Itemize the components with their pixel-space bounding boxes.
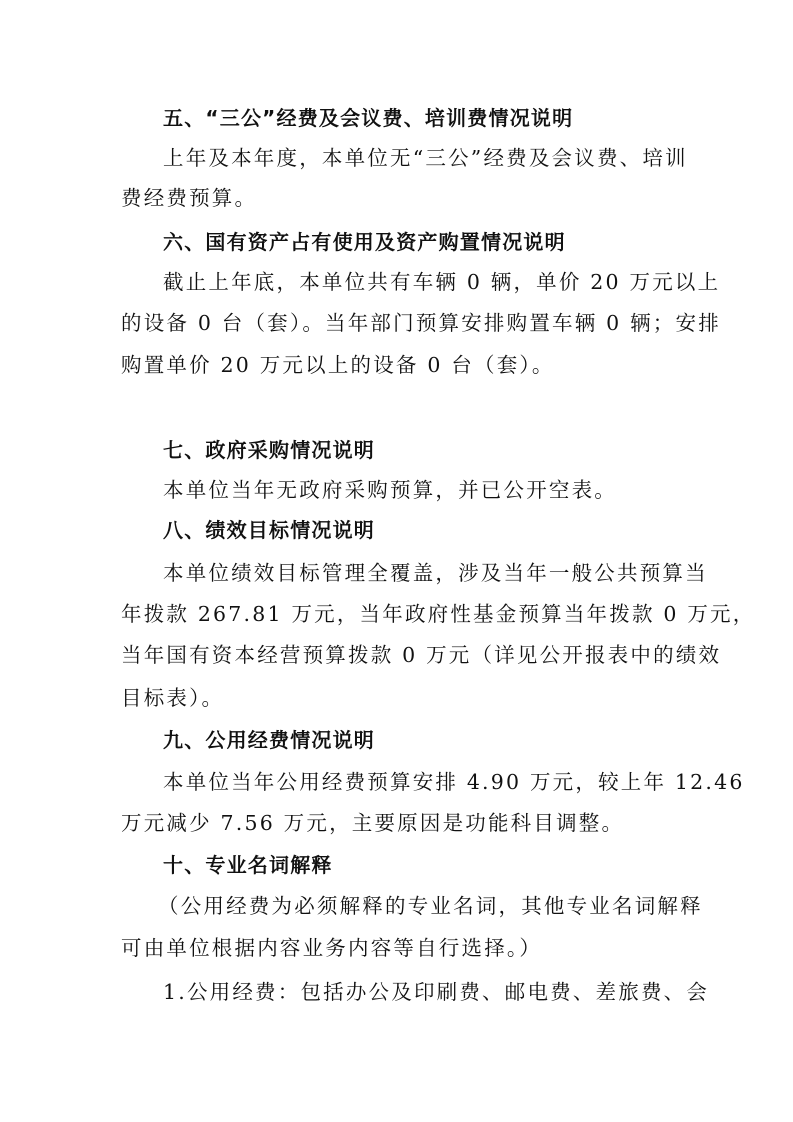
paragraph-line: 本单位绩效目标管理全覆盖，涉及当年一般公共预算当	[163, 559, 723, 587]
paragraph-line: 年拨款 267.81 万元，当年政府性基金预算当年拨款 0 万元，	[121, 600, 681, 628]
paragraph-line: 的设备 0 台（套）。当年部门预算安排购置车辆 0 辆；安排	[121, 309, 681, 337]
section-heading-9: 九、公用经费情况说明	[163, 726, 723, 754]
paragraph-line: 目标表）。	[121, 684, 681, 712]
document-page: 五、“三公”经费及会议费、培训费情况说明 上年及本年度，本单位无“三公”经费及会…	[0, 0, 793, 1122]
section-heading-5: 五、“三公”经费及会议费、培训费情况说明	[163, 104, 723, 132]
section-heading-8: 八、绩效目标情况说明	[163, 516, 723, 544]
paragraph-line: 购置单价 20 万元以上的设备 0 台（套）。	[121, 351, 681, 379]
section-heading-10: 十、专业名词解释	[163, 851, 723, 879]
section-heading-7: 七、政府采购情况说明	[163, 436, 723, 464]
paragraph-line: 本单位当年公用经费预算安排 4.90 万元，较上年 12.46	[163, 768, 723, 796]
paragraph-line: 本单位当年无政府采购预算，并已公开空表。	[163, 476, 723, 504]
paragraph-line: （公用经费为必须解释的专业名词，其他专业名词解释	[158, 892, 718, 920]
section-heading-6: 六、国有资产占有使用及资产购置情况说明	[163, 228, 723, 256]
paragraph-line: 截止上年底，本单位共有车辆 0 辆，单价 20 万元以上	[163, 268, 723, 296]
paragraph-line: 可由单位根据内容业务内容等自行选择。）	[121, 934, 681, 962]
paragraph-line: 1.公用经费：包括办公及印刷费、邮电费、差旅费、会	[163, 978, 723, 1006]
paragraph-line: 当年国有资本经营预算拨款 0 万元（详见公开报表中的绩效	[121, 641, 681, 669]
paragraph-line: 万元减少 7.56 万元，主要原因是功能科目调整。	[121, 809, 681, 837]
paragraph-line: 费经费预算。	[121, 184, 681, 212]
paragraph-line: 上年及本年度，本单位无“三公”经费及会议费、培训	[163, 144, 723, 172]
